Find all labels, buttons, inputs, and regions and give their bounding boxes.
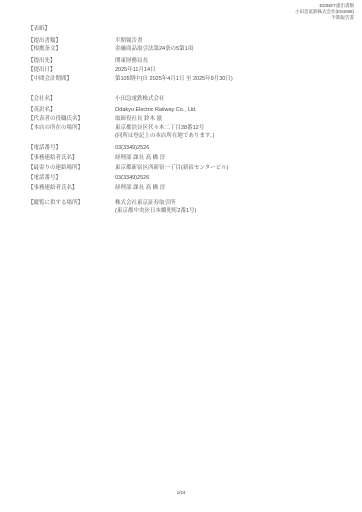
row-label: 【本店の所在の場所】 [28,125,115,132]
row-label: 【根拠条文】 [28,46,115,53]
row-value: 金融商品取引法第24条の5第1項 [115,46,193,53]
row-label: 【事務連絡者氏名】 [28,155,115,162]
row-value: 東京都新宿区西新宿一丁目(新宿センタービル) [115,165,228,172]
row-label: 【提出書類】 [28,38,115,45]
row-phone-number-2: 【電話番号】 03(3349)2526 [28,175,149,182]
row-submission-date: 【提出日】 2025年11月14日 [28,67,156,74]
row-label: 【電話番号】 [28,175,115,182]
row-value: 経理部 課長 高 橋 淳 [115,155,165,162]
row-interim-period: 【中間会計期間】 第105期中(自 2025年4月1日 至 2025年9月30日… [28,76,233,83]
row-value: Odakyu Electric Railway Co., Ltd. [115,107,197,114]
row-representative: 【代表者の役職氏名】 取締役社長 鈴木 滋 [28,116,162,123]
row-value: 第105期中(自 2025年4月1日 至 2025年9月30日) [115,76,233,83]
row-company-name: 【会社名】 小田急電鉄株式会社 [28,96,165,103]
row-legal-basis: 【根拠条文】 金融商品取引法第24条の5第1項 [28,46,193,53]
row-contact-person-2: 【事務連絡者氏名】 経理部 課長 高 橋 淳 [28,185,165,192]
row-label: 【代表者の役職氏名】 [28,116,115,123]
row-value: 2025年11月14日 [115,67,156,74]
document-page: EDINET提出書類 小田急電鉄株式会社(E04088) 半期報告書 【表紙】 … [0,0,362,512]
row-value: 東京都渋谷区代々木二丁目28番12号 [115,125,214,132]
row-value: 関東財務局長 [115,58,148,65]
row-value: 株式会社東京証券取引所 [115,200,196,207]
edinet-header-line3: 半期報告書 [295,15,354,21]
row-phone-number: 【電話番号】 03(3349)2526 [28,145,149,152]
page-number: 1/24 [0,490,362,495]
edinet-header: EDINET提出書類 小田急電鉄株式会社(E04088) 半期報告書 [295,3,354,21]
row-label: 【中間会計期間】 [28,76,115,83]
row-value: 取締役社長 鈴木 滋 [115,116,162,123]
row-label: 【提出先】 [28,58,115,65]
row-value: 経理部 課長 高 橋 淳 [115,185,165,192]
row-value: 小田急電鉄株式会社 [115,96,165,103]
row-label: 【提出日】 [28,67,115,74]
row-nearest-contact-place: 【最寄りの連絡場所】 東京都新宿区西新宿一丁目(新宿センタービル) [28,165,228,172]
row-head-office-address: 【本店の所在の場所】 東京都渋谷区代々木二丁目28番12号 (同所は登記上の本店… [28,125,214,140]
row-public-inspection-place: 【縦覧に供する場所】 株式会社東京証券取引所 (東京都中央区日本橋兜町2番1号) [28,200,196,215]
row-label: 【英訳名】 [28,107,115,114]
row-value-note: (同所は登記上の本店所在地であります。) [115,133,214,140]
row-label: 【事務連絡者氏名】 [28,185,115,192]
row-value: 03(3349)2526 [115,175,149,182]
row-label: 【縦覧に供する場所】 [28,200,115,207]
row-submitted-document: 【提出書類】 半期報告書 [28,38,143,45]
row-value-address: (東京都中央区日本橋兜町2番1号) [115,208,196,215]
row-label: 【電話番号】 [28,145,115,152]
row-label: 【会社名】 [28,96,115,103]
row-label: 【最寄りの連絡場所】 [28,165,115,172]
row-value: 03(3349)2526 [115,145,149,152]
row-contact-person: 【事務連絡者氏名】 経理部 課長 高 橋 淳 [28,155,165,162]
row-submitted-to: 【提出先】 関東財務局長 [28,58,148,65]
cover-title: 【表紙】 [28,24,50,32]
row-company-name-english: 【英訳名】 Odakyu Electric Railway Co., Ltd. [28,107,197,114]
row-value: 半期報告書 [115,38,143,45]
